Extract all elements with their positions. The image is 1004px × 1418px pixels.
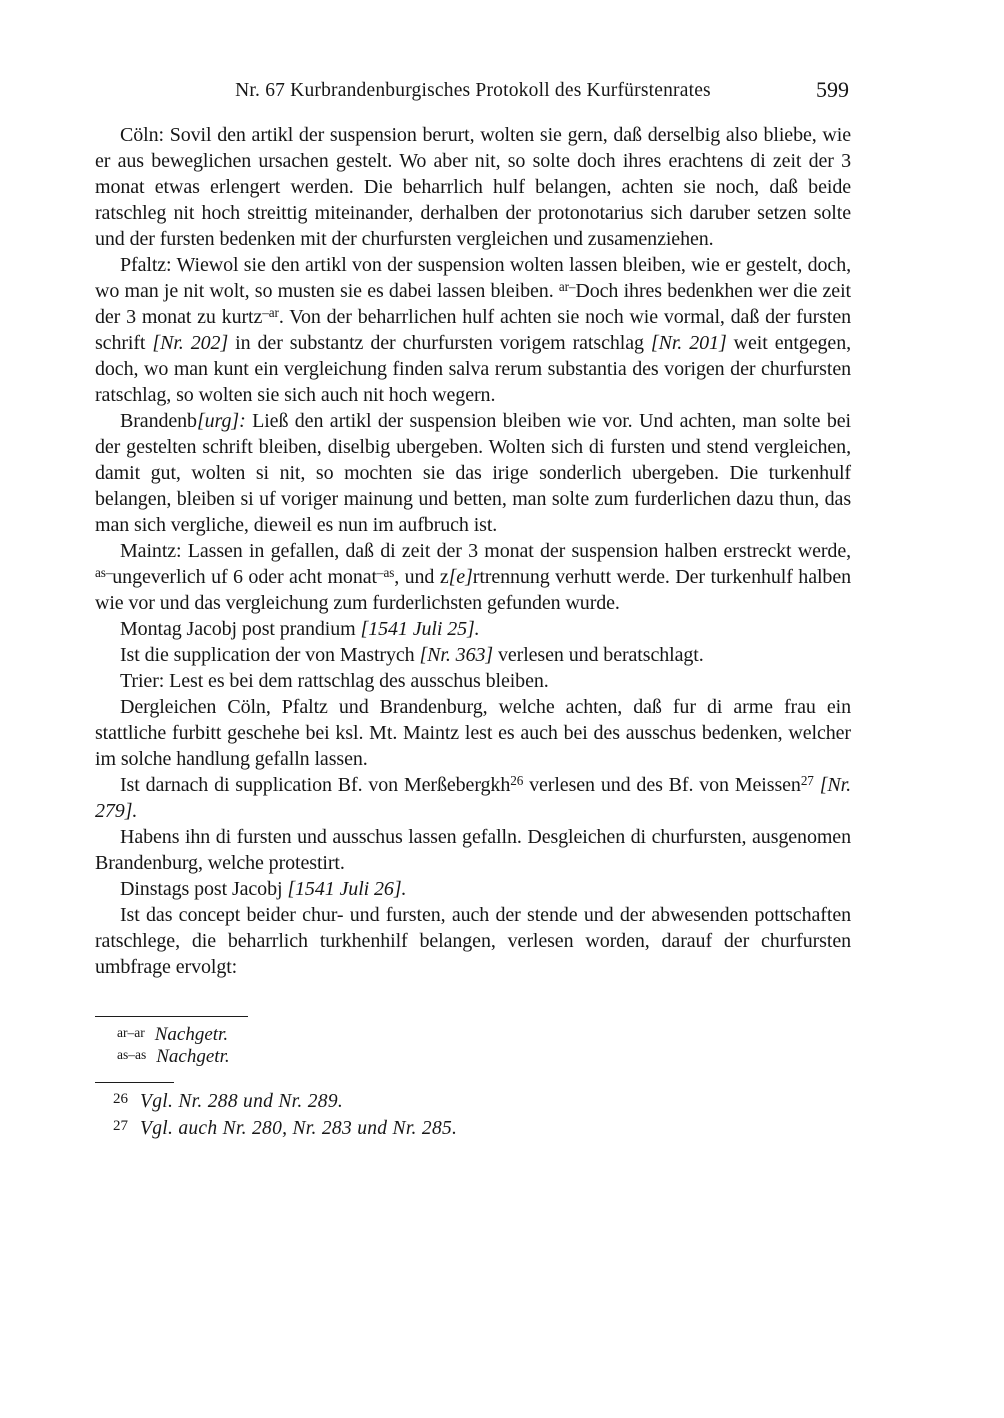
footnote-label: 27 (113, 1118, 128, 1134)
paragraph: Ist die supplication der von Mastrych [N… (95, 642, 851, 668)
paragraph: Montag Jacobj post prandium [1541 Juli 2… (95, 616, 851, 642)
header-title: Nr. 67 Kurbrandenburgisches Protokoll de… (95, 80, 851, 102)
footnote-label: 26 (113, 1091, 128, 1107)
paragraph: Ist das concept beider chur- und fursten… (95, 902, 851, 980)
apparatus-line: ar–arNachgetr. (95, 1024, 851, 1046)
footnote-rule (95, 1082, 174, 1083)
apparatus-text: Nachgetr. (155, 1024, 228, 1045)
apparatus-section: ar–arNachgetr.as–asNachgetr. (95, 1016, 851, 1068)
apparatus-text: Nachgetr. (156, 1046, 229, 1067)
footnote-line: 27Vgl. auch Nr. 280, Nr. 283 und Nr. 285… (95, 1116, 851, 1143)
main-text: Cöln: Sovil den artikl der suspension be… (95, 122, 851, 980)
paragraph: Brandenb[urg]: Ließ den artikl der suspe… (95, 408, 851, 538)
apparatus-label: as–as (117, 1047, 146, 1062)
paragraph: Pfaltz: Wiewol sie den artikl von der su… (95, 252, 851, 408)
footnote-entries: 26Vgl. Nr. 288 und Nr. 289.27Vgl. auch N… (95, 1089, 851, 1143)
footnote-text: Vgl. Nr. 288 und Nr. 289. (140, 1091, 343, 1112)
page-content: Nr. 67 Kurbrandenburgisches Protokoll de… (95, 80, 851, 1143)
footnote-line: 26Vgl. Nr. 288 und Nr. 289. (95, 1089, 851, 1116)
footnote-text: Vgl. auch Nr. 280, Nr. 283 und Nr. 285. (140, 1118, 457, 1139)
page-number: 599 (816, 77, 849, 103)
apparatus-label: ar–ar (117, 1025, 145, 1040)
apparatus-rule (95, 1016, 248, 1017)
paragraph: Maintz: Lassen in gefallen, daß di zeit … (95, 538, 851, 616)
book-page: Nr. 67 Kurbrandenburgisches Protokoll de… (0, 0, 1004, 1418)
paragraph: Ist darnach di supplication Bf. von Merß… (95, 772, 851, 824)
paragraph: Habens ihn di fursten und ausschus lasse… (95, 824, 851, 876)
apparatus-line: as–asNachgetr. (95, 1046, 851, 1068)
paragraph: Dergleichen Cöln, Pfaltz und Brandenburg… (95, 694, 851, 772)
running-header: Nr. 67 Kurbrandenburgisches Protokoll de… (95, 80, 851, 106)
footnote-section: 26Vgl. Nr. 288 und Nr. 289.27Vgl. auch N… (95, 1082, 851, 1143)
paragraph: Trier: Lest es bei dem rattschlag des au… (95, 668, 851, 694)
paragraph: Cöln: Sovil den artikl der suspension be… (95, 122, 851, 252)
paragraph: Dinstags post Jacobj [1541 Juli 26]. (95, 876, 851, 902)
apparatus-entries: ar–arNachgetr.as–asNachgetr. (95, 1024, 851, 1068)
